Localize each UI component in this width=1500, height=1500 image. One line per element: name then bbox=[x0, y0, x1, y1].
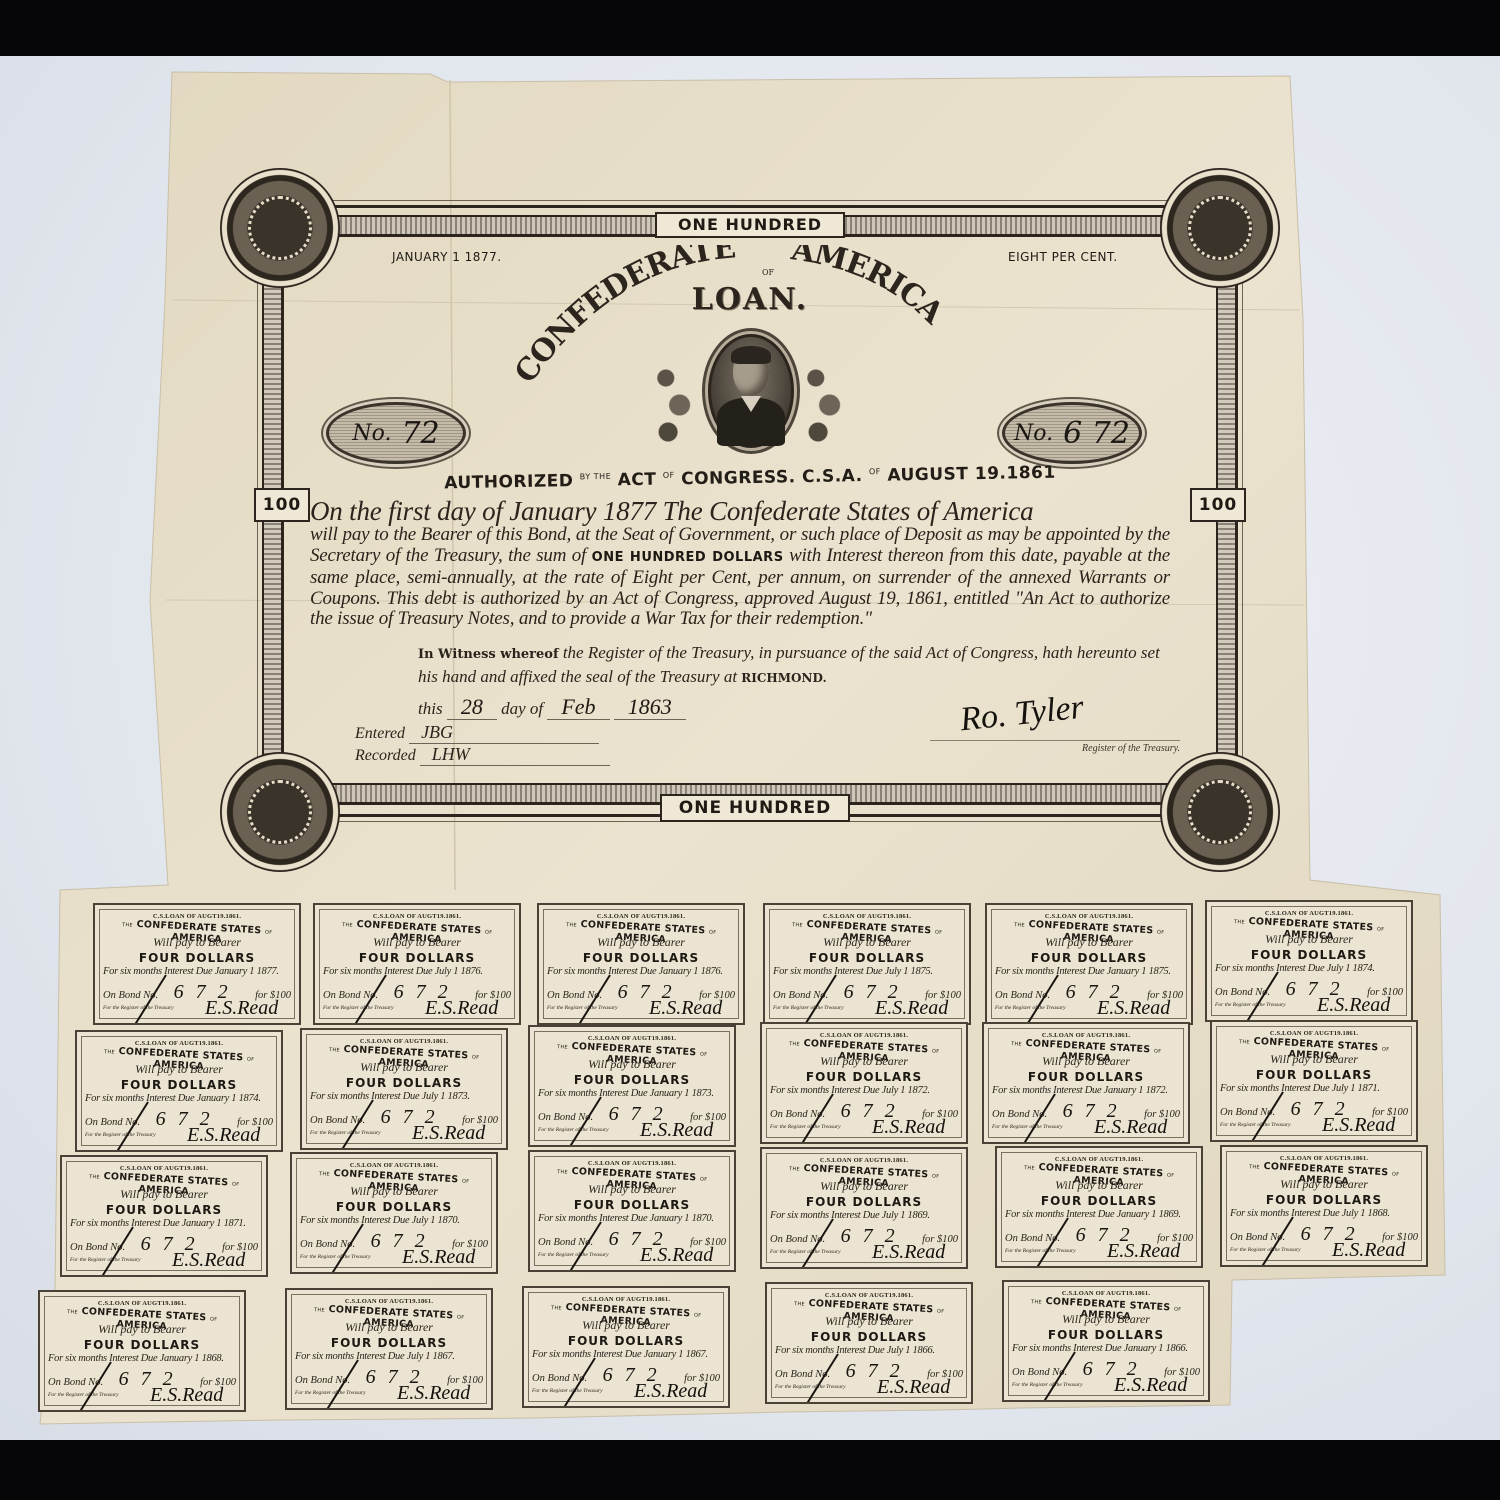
coupon-register-label: For the Register of the Treasury bbox=[1005, 1248, 1076, 1254]
coupon-signature: E.S.Read bbox=[640, 1244, 713, 1267]
coupon-due-line: For six months Interest Due January 1 18… bbox=[85, 1093, 275, 1104]
coupon-pay-line: Will pay to Bearer bbox=[40, 1322, 244, 1337]
coupon-pay-line: Will pay to Bearer bbox=[762, 1179, 966, 1194]
coupon-amount: FOUR DOLLARS bbox=[762, 1195, 966, 1209]
witness-city: RICHMOND. bbox=[741, 671, 826, 685]
coupon-amount: FOUR DOLLARS bbox=[530, 1198, 734, 1212]
coupon-signature: E.S.Read bbox=[1332, 1239, 1405, 1262]
coupon: C.S.LOAN OF AUGT19.1861.THE CONFEDERATE … bbox=[285, 1288, 493, 1410]
coupon: C.S.LOAN OF AUGT19.1861.THE CONFEDERATE … bbox=[290, 1152, 498, 1274]
coupon-register-label: For the Register of the Treasury bbox=[310, 1130, 381, 1136]
coupon-amount: FOUR DOLLARS bbox=[95, 951, 299, 965]
coupon-due-line: For six months Interest Due July 1 1871. bbox=[1220, 1083, 1410, 1094]
coupon-signature: E.S.Read bbox=[877, 1376, 950, 1399]
auth-by-the: BY THE bbox=[580, 472, 612, 482]
title-of: OF bbox=[762, 268, 775, 277]
entered-label: Entered bbox=[355, 725, 405, 742]
coupon-pay-line: Will pay to Bearer bbox=[984, 1054, 1188, 1069]
coupon-pay-line: Will pay to Bearer bbox=[765, 935, 969, 950]
coupon-due-line: For six months Interest Due January 1 18… bbox=[538, 1213, 728, 1224]
bottom-black-band bbox=[0, 1440, 1500, 1500]
coupon: C.S.LOAN OF AUGT19.1861.THE CONFEDERATE … bbox=[760, 1022, 968, 1144]
coupon-due-line: For six months Interest Due January 1 18… bbox=[992, 1085, 1182, 1096]
coupon-register-label: For the Register of the Treasury bbox=[1012, 1382, 1083, 1388]
date-year: 1863 bbox=[614, 694, 686, 720]
coupon-amount: FOUR DOLLARS bbox=[539, 951, 743, 965]
coupon: C.S.LOAN OF AUGT19.1861.THE CONFEDERATE … bbox=[93, 903, 301, 1025]
coupon-signature: E.S.Read bbox=[640, 1119, 713, 1142]
coupon-amount: FOUR DOLLARS bbox=[530, 1073, 734, 1087]
coupon-due-line: For six months Interest Due January 1 18… bbox=[48, 1353, 238, 1364]
coupon-amount: FOUR DOLLARS bbox=[40, 1338, 244, 1352]
coupon-pay-line: Will pay to Bearer bbox=[77, 1062, 281, 1077]
coupon-pay-line: Will pay to Bearer bbox=[1222, 1177, 1426, 1192]
coupon-pay-line: Will pay to Bearer bbox=[987, 935, 1191, 950]
coupon-register-label: For the Register of the Treasury bbox=[70, 1257, 141, 1263]
coupon-register-label: For the Register of the Treasury bbox=[770, 1124, 841, 1130]
coupon: C.S.LOAN OF AUGT19.1861.THE CONFEDERATE … bbox=[537, 903, 745, 1025]
coupon-signature: E.S.Read bbox=[402, 1246, 475, 1269]
coupon: C.S.LOAN OF AUGT19.1861.THE CONFEDERATE … bbox=[300, 1028, 508, 1150]
coupon-register-label: For the Register of the Treasury bbox=[773, 1005, 844, 1011]
coupon-amount: FOUR DOLLARS bbox=[292, 1200, 496, 1214]
coupon: C.S.LOAN OF AUGT19.1861.THE CONFEDERATE … bbox=[528, 1150, 736, 1272]
coupon-due-line: For six months Interest Due January 1 18… bbox=[1012, 1343, 1202, 1354]
coupon-pay-line: Will pay to Bearer bbox=[539, 935, 743, 950]
coupon: C.S.LOAN OF AUGT19.1861.THE CONFEDERATE … bbox=[1205, 900, 1413, 1022]
coupon-due-line: For six months Interest Due July 1 1870. bbox=[300, 1215, 490, 1226]
top-black-band bbox=[0, 0, 1500, 56]
coupon-signature: E.S.Read bbox=[172, 1249, 245, 1272]
coupon-register-label: For the Register of the Treasury bbox=[995, 1005, 1066, 1011]
coupon-signature: E.S.Read bbox=[1322, 1114, 1395, 1137]
coupon-due-line: For six months Interest Due July 1 1876. bbox=[323, 966, 513, 977]
coupon-pay-line: Will pay to Bearer bbox=[1212, 1052, 1416, 1067]
coupon-due-line: For six months Interest Due January 1 18… bbox=[70, 1218, 260, 1229]
coupon: C.S.LOAN OF AUGT19.1861.THE CONFEDERATE … bbox=[60, 1155, 268, 1277]
serial-number-left: No. 72 bbox=[326, 402, 466, 464]
coupon-due-line: For six months Interest Due January 1 18… bbox=[547, 966, 737, 977]
entered-initials: JBG bbox=[409, 722, 599, 744]
coupon-register-label: For the Register of the Treasury bbox=[85, 1132, 156, 1138]
coupon-signature: E.S.Read bbox=[150, 1384, 223, 1407]
coupon-register-label: For the Register of the Treasury bbox=[538, 1252, 609, 1258]
coupon-register-label: For the Register of the Treasury bbox=[1230, 1247, 1301, 1253]
auth-congress: CONGRESS. C.S.A. bbox=[681, 466, 863, 489]
register-title: Register of the Treasury. bbox=[930, 740, 1180, 754]
coupon-signature: E.S.Read bbox=[187, 1124, 260, 1147]
serial-number-value: 6 72 bbox=[1063, 416, 1130, 451]
coupon-register-label: For the Register of the Treasury bbox=[532, 1388, 603, 1394]
recorded-initials: LHW bbox=[420, 744, 610, 766]
coupon-pay-line: Will pay to Bearer bbox=[997, 1178, 1201, 1193]
coupon-register-label: For the Register of the Treasury bbox=[547, 1005, 618, 1011]
loan-title: LOAN. bbox=[680, 282, 820, 317]
coupon-signature: E.S.Read bbox=[649, 997, 722, 1020]
coupon-signature: E.S.Read bbox=[634, 1380, 707, 1403]
body-amount: ONE HUNDRED DOLLARS bbox=[592, 550, 784, 565]
interest-rate: EIGHT PER CENT. bbox=[1008, 250, 1118, 264]
coupon: C.S.LOAN OF AUGT19.1861.THE CONFEDERATE … bbox=[313, 903, 521, 1025]
denomination-top-label: ONE HUNDRED bbox=[655, 212, 845, 238]
date-this: this bbox=[418, 699, 443, 718]
coupon-amount: FOUR DOLLARS bbox=[762, 1070, 966, 1084]
serial-number-right: No. 6 72 bbox=[1002, 402, 1142, 464]
recorded-label: Recorded bbox=[355, 747, 416, 764]
coupon-pay-line: Will pay to Bearer bbox=[287, 1320, 491, 1335]
witness-heading: In Witness whereof bbox=[418, 647, 559, 662]
witness-clause: In Witness whereof the Register of the T… bbox=[418, 642, 1178, 689]
coupon-pay-line: Will pay to Bearer bbox=[524, 1318, 728, 1333]
coupon: C.S.LOAN OF AUGT19.1861.THE CONFEDERATE … bbox=[522, 1286, 730, 1408]
coupon-pay-line: Will pay to Bearer bbox=[530, 1182, 734, 1197]
coupon-register-label: For the Register of the Treasury bbox=[48, 1392, 119, 1398]
coupon-amount: FOUR DOLLARS bbox=[987, 951, 1191, 965]
coupon-register-label: For the Register of the Treasury bbox=[1215, 1002, 1286, 1008]
recorded-line: Recorded LHW bbox=[355, 744, 610, 766]
coupon-register-label: For the Register of the Treasury bbox=[992, 1124, 1063, 1130]
coupon-pay-line: Will pay to Bearer bbox=[767, 1314, 971, 1329]
coupon-register-label: For the Register of the Treasury bbox=[770, 1249, 841, 1255]
coupon-due-line: For six months Interest Due January 1 18… bbox=[538, 1088, 728, 1099]
coupon-amount: FOUR DOLLARS bbox=[1207, 948, 1411, 962]
coupon-amount: FOUR DOLLARS bbox=[315, 951, 519, 965]
coupon: C.S.LOAN OF AUGT19.1861.THE CONFEDERATE … bbox=[1210, 1020, 1418, 1142]
coupon-due-line: For six months Interest Due July 1 1873. bbox=[310, 1091, 500, 1102]
coupon-due-line: For six months Interest Due July 1 1868. bbox=[1230, 1208, 1420, 1219]
coupon-signature: E.S.Read bbox=[1097, 997, 1170, 1020]
coupon-amount: FOUR DOLLARS bbox=[1004, 1328, 1208, 1342]
coupon-register-label: For the Register of the Treasury bbox=[323, 1005, 394, 1011]
coupon-pay-line: Will pay to Bearer bbox=[315, 935, 519, 950]
coupon: C.S.LOAN OF AUGT19.1861.THE CONFEDERATE … bbox=[38, 1290, 246, 1412]
coupon-pay-line: Will pay to Bearer bbox=[95, 935, 299, 950]
corner-ornament-icon bbox=[220, 168, 340, 288]
coupon: C.S.LOAN OF AUGT19.1861.THE CONFEDERATE … bbox=[75, 1030, 283, 1152]
denomination-bottom-label: ONE HUNDRED bbox=[660, 794, 850, 822]
coupon-due-line: For six months Interest Due July 1 1867. bbox=[295, 1351, 485, 1362]
coupon-due-line: For six months Interest Due July 1 1866. bbox=[775, 1345, 965, 1356]
date-month: Feb bbox=[547, 694, 609, 720]
coupon-due-line: For six months Interest Due July 1 1874. bbox=[1215, 963, 1405, 974]
auth-of2: OF bbox=[869, 467, 881, 476]
coupon-signature: E.S.Read bbox=[412, 1122, 485, 1145]
side-value-left: 100 bbox=[254, 488, 310, 522]
coupon-due-line: For six months Interest Due January 1 18… bbox=[532, 1349, 722, 1360]
auth-act: ACT bbox=[618, 470, 657, 491]
maturity-date: JANUARY 1 1877. bbox=[392, 250, 502, 264]
date-line: this 28 day of Feb 1863 bbox=[418, 694, 838, 720]
coupon-due-line: For six months Interest Due January 1 18… bbox=[995, 966, 1185, 977]
coupon: C.S.LOAN OF AUGT19.1861.THE CONFEDERATE … bbox=[765, 1282, 973, 1404]
coupon-register-label: For the Register of the Treasury bbox=[300, 1254, 371, 1260]
coupon-signature: E.S.Read bbox=[205, 997, 278, 1020]
coupon-signature: E.S.Read bbox=[872, 1116, 945, 1139]
coupon-pay-line: Will pay to Bearer bbox=[762, 1054, 966, 1069]
corner-ornament-icon bbox=[1160, 168, 1280, 288]
portrait-vignette bbox=[683, 328, 818, 453]
coupon-amount: FOUR DOLLARS bbox=[287, 1336, 491, 1350]
coupon-pay-line: Will pay to Bearer bbox=[530, 1057, 734, 1072]
coupon-signature: E.S.Read bbox=[1107, 1240, 1180, 1263]
coupon-register-label: For the Register of the Treasury bbox=[295, 1390, 366, 1396]
coupon-register-label: For the Register of the Treasury bbox=[103, 1005, 174, 1011]
side-value-right: 100 bbox=[1190, 488, 1246, 522]
serial-prefix: No. bbox=[352, 421, 391, 446]
coupon-signature: E.S.Read bbox=[1094, 1116, 1167, 1139]
coupon-due-line: For six months Interest Due July 1 1872. bbox=[770, 1085, 960, 1096]
coupon-amount: FOUR DOLLARS bbox=[1222, 1193, 1426, 1207]
coupon-amount: FOUR DOLLARS bbox=[984, 1070, 1188, 1084]
bond-body-text: On the first day of January 1877 The Con… bbox=[310, 497, 1170, 630]
corner-ornament-icon bbox=[1160, 752, 1280, 872]
coupon-amount: FOUR DOLLARS bbox=[767, 1330, 971, 1344]
coupon: C.S.LOAN OF AUGT19.1861.THE CONFEDERATE … bbox=[1002, 1280, 1210, 1402]
auth-authorized: AUTHORIZED bbox=[444, 471, 574, 493]
coupon-amount: FOUR DOLLARS bbox=[997, 1194, 1201, 1208]
coupon: C.S.LOAN OF AUGT19.1861.THE CONFEDERATE … bbox=[982, 1022, 1190, 1144]
coupon-register-label: For the Register of the Treasury bbox=[538, 1127, 609, 1133]
coupon: C.S.LOAN OF AUGT19.1861.THE CONFEDERATE … bbox=[985, 903, 1193, 1025]
date-day: 28 bbox=[447, 694, 497, 720]
serial-number-value: 72 bbox=[401, 416, 439, 451]
coupon: C.S.LOAN OF AUGT19.1861.THE CONFEDERATE … bbox=[1220, 1145, 1428, 1267]
coupon-amount: FOUR DOLLARS bbox=[1212, 1068, 1416, 1082]
auth-date: AUGUST 19.1861 bbox=[887, 463, 1056, 486]
coupon-due-line: For six months Interest Due July 1 1875. bbox=[773, 966, 963, 977]
entered-line: Entered JBG bbox=[355, 722, 599, 744]
corner-ornament-icon bbox=[220, 752, 340, 872]
coupon: C.S.LOAN OF AUGT19.1861.THE CONFEDERATE … bbox=[995, 1146, 1203, 1268]
serial-prefix: No. bbox=[1014, 421, 1053, 446]
coupon-register-label: For the Register of the Treasury bbox=[1220, 1122, 1291, 1128]
coupon: C.S.LOAN OF AUGT19.1861.THE CONFEDERATE … bbox=[760, 1147, 968, 1269]
auth-of: OF bbox=[663, 471, 675, 480]
coupon-pay-line: Will pay to Bearer bbox=[292, 1184, 496, 1199]
coupon-pay-line: Will pay to Bearer bbox=[1207, 932, 1411, 947]
coupon-amount: FOUR DOLLARS bbox=[765, 951, 969, 965]
coupon-amount: FOUR DOLLARS bbox=[62, 1203, 266, 1217]
coupon-pay-line: Will pay to Bearer bbox=[62, 1187, 266, 1202]
coupon-register-label: For the Register of the Treasury bbox=[775, 1384, 846, 1390]
date-day-of: day of bbox=[501, 699, 543, 718]
coupon-signature: E.S.Read bbox=[1114, 1374, 1187, 1397]
coupon-signature: E.S.Read bbox=[872, 1241, 945, 1264]
coupon-due-line: For six months Interest Due January 1 18… bbox=[1005, 1209, 1195, 1220]
coupon-pay-line: Will pay to Bearer bbox=[302, 1060, 506, 1075]
coupon-due-line: For six months Interest Due January 1 18… bbox=[103, 966, 293, 977]
coupon-due-line: For six months Interest Due July 1 1869. bbox=[770, 1210, 960, 1221]
coupon: C.S.LOAN OF AUGT19.1861.THE CONFEDERATE … bbox=[763, 903, 971, 1025]
body-lead: On the first day of January 1877 The Con… bbox=[310, 497, 1170, 525]
coupon: C.S.LOAN OF AUGT19.1861.THE CONFEDERATE … bbox=[528, 1025, 736, 1147]
coupon-amount: FOUR DOLLARS bbox=[302, 1076, 506, 1090]
coupon-pay-line: Will pay to Bearer bbox=[1004, 1312, 1208, 1327]
coupon-amount: FOUR DOLLARS bbox=[77, 1078, 281, 1092]
coupon-signature: E.S.Read bbox=[397, 1382, 470, 1405]
coupon-signature: E.S.Read bbox=[875, 997, 948, 1020]
coupon-signature: E.S.Read bbox=[425, 997, 498, 1020]
coupon-amount: FOUR DOLLARS bbox=[524, 1334, 728, 1348]
coupon-signature: E.S.Read bbox=[1317, 994, 1390, 1017]
